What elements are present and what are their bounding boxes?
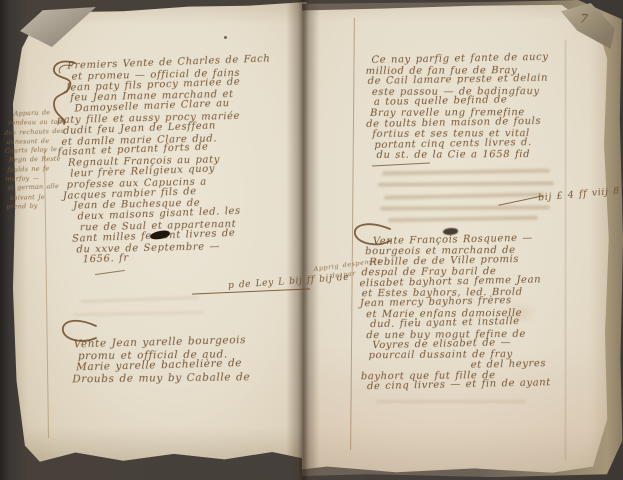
right-page-paragraph-1: Ce nay parfig et fante de aucy milliod d… xyxy=(365,54,549,162)
ink-speck xyxy=(224,36,227,39)
manuscript-line: Droubs de muy by Caballe de xyxy=(72,372,250,386)
manuscript-scan: Apparu de rondeau au todo des rechauts d… xyxy=(0,0,623,480)
paper-stain xyxy=(500,300,540,326)
ink-showthrough xyxy=(376,400,526,403)
left-page-paragraph-2: Vente Jean yarelle bourgeois promu et of… xyxy=(50,336,251,386)
ink-speck xyxy=(415,318,417,320)
manuscript-line: du st. de la Cie a 1658 fid xyxy=(376,150,549,161)
manuscript-line: et del heyres xyxy=(471,359,551,371)
manuscript-line: Ce nay parfig et fante de aucy xyxy=(371,53,548,67)
right-page-fold-crease xyxy=(565,40,566,460)
